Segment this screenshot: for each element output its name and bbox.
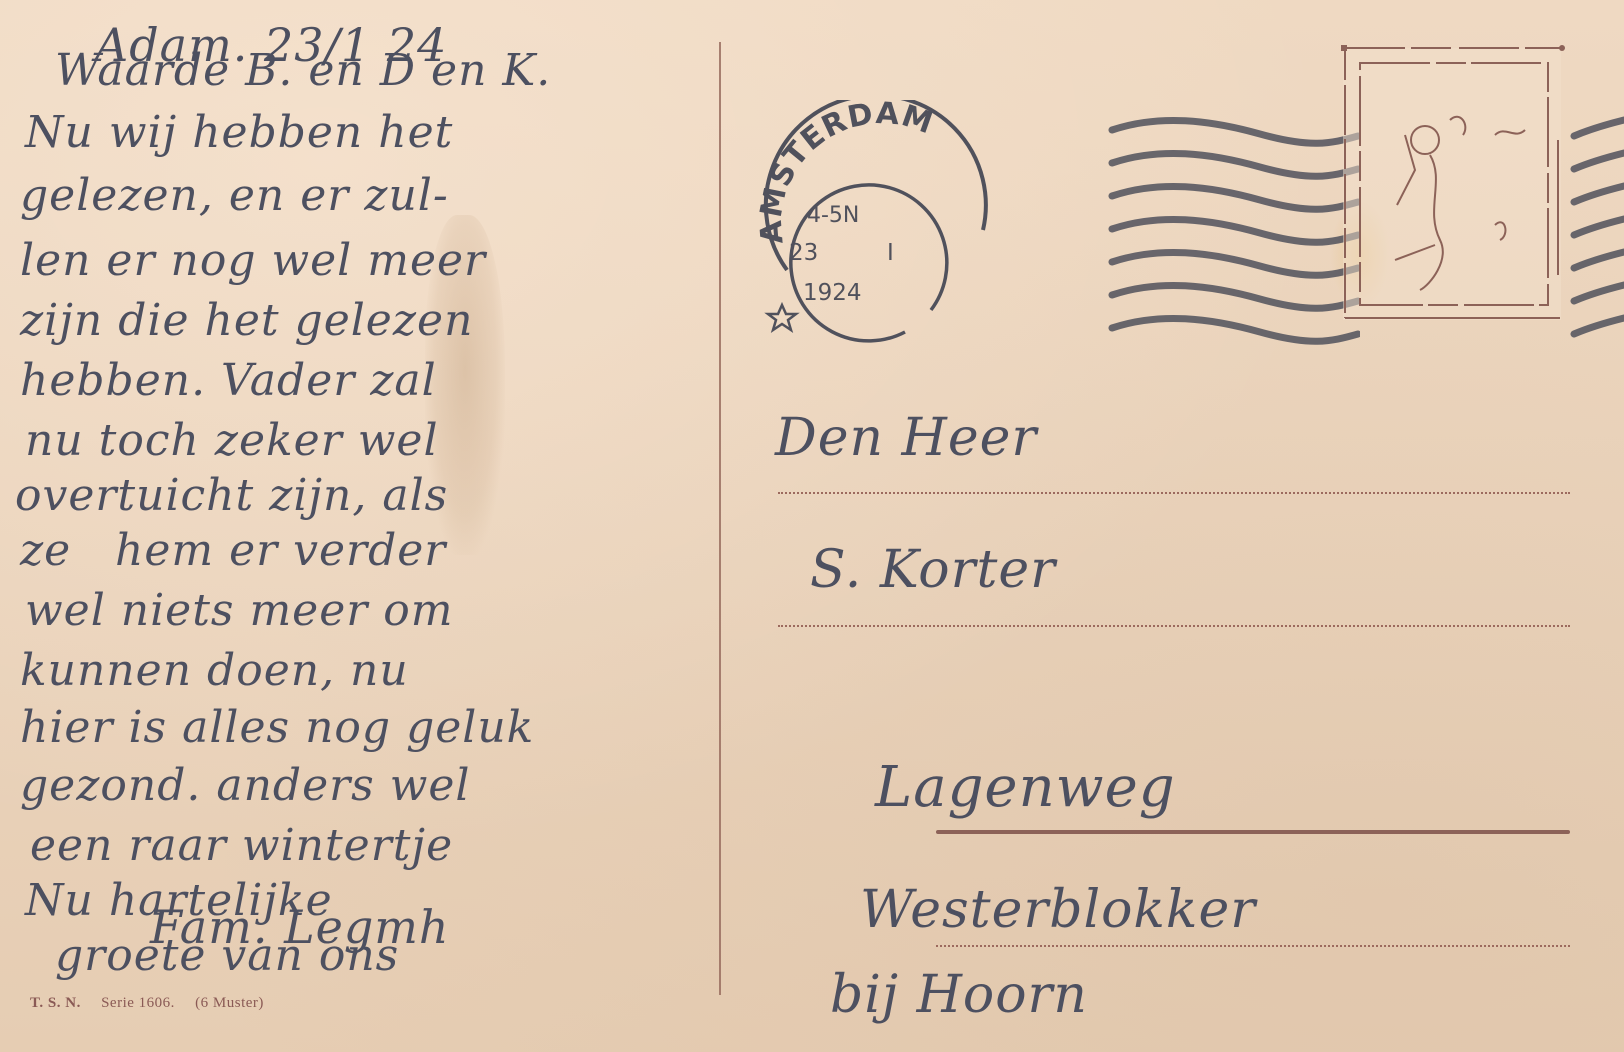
postmark-year: 1924 <box>803 280 862 306</box>
message-line: hier is alles nog geluk <box>20 702 534 753</box>
postcard-back: Adam. 23/1 24 Waarde B. en D en K.Nu wij… <box>0 0 1624 1052</box>
message-line: len er nog wel meer <box>20 235 486 286</box>
stamp-box <box>1335 40 1570 325</box>
postmark-time: 4-5N <box>807 203 859 228</box>
printer-imprint: T. S. N. Serie 1606. (6 Muster) <box>30 995 280 1012</box>
address-place: Westerblokker <box>860 880 1256 940</box>
address-salutation: Den Heer <box>775 408 1037 468</box>
star-icon <box>768 305 796 330</box>
address-line-3 <box>936 830 1570 834</box>
message-line: zijn die het gelezen <box>20 295 473 346</box>
address-street: Lagenweg <box>875 755 1176 820</box>
message-line: een raar wintertje <box>30 820 453 871</box>
message-line: ze <box>20 525 71 576</box>
cancellation-lines <box>1100 100 1360 350</box>
signature: Fam. Legmh <box>150 900 450 954</box>
message-line: hem er verder <box>115 525 446 576</box>
message-line: wel niets meer om <box>25 585 454 636</box>
address-line-4 <box>936 945 1570 947</box>
message-line: kunnen doen, nu <box>20 645 409 696</box>
postmark-day: 23 <box>789 240 818 266</box>
message-line: hebben. Vader zal <box>20 355 437 406</box>
address-name: S. Korter <box>810 540 1056 600</box>
message-line: nu toch zeker wel <box>25 415 439 466</box>
message-line: Nu wij hebben het <box>25 107 453 158</box>
address-line-2 <box>778 625 1570 627</box>
message-line: overtuicht zijn, als <box>15 470 448 521</box>
postmark-month: I <box>887 240 894 266</box>
imprint-series: Serie 1606. <box>101 995 175 1011</box>
message-line: gezond. anders wel <box>20 760 471 811</box>
imprint-variant: (6 Muster) <box>195 995 264 1011</box>
address-region: bij Hoorn <box>830 965 1088 1025</box>
message-line: gelezen, en er zul- <box>20 170 449 221</box>
address-line-1 <box>778 492 1570 494</box>
amsterdam-postmark: AMSTERDAM 4-5N 23 I 1924 <box>745 100 1025 360</box>
imprint-publisher: T. S. N. <box>30 995 81 1011</box>
center-divider <box>719 42 721 995</box>
message-line: Waarde B. en D en K. <box>55 45 551 96</box>
cancellation-lines-right <box>1568 100 1624 350</box>
